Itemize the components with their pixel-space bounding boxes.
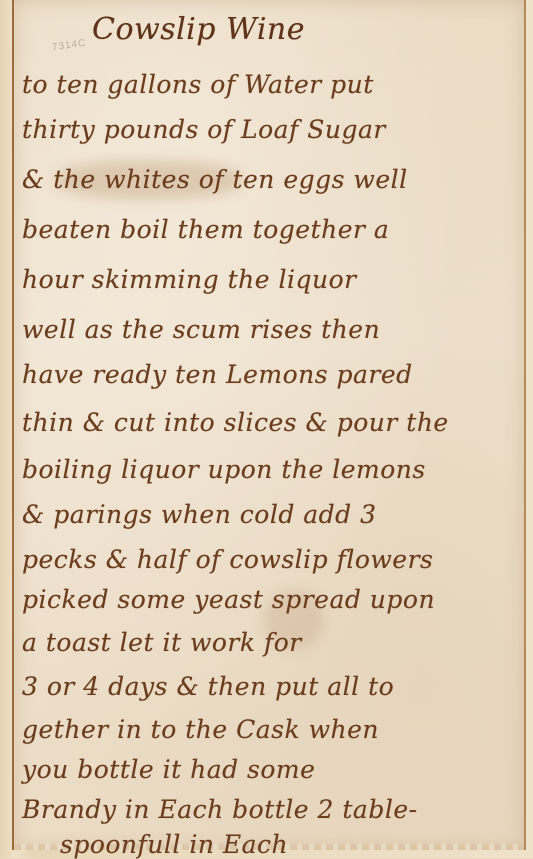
manuscript-line: thin & cut into slices & pour the xyxy=(22,408,449,437)
manuscript-line: & parings when cold add 3 xyxy=(22,500,377,529)
manuscript-text: Cowslip Wine to ten gallons of Water put… xyxy=(0,0,533,858)
manuscript-line: you bottle it had some xyxy=(22,755,315,784)
manuscript-line: to ten gallons of Water put xyxy=(22,70,374,99)
manuscript-line: picked some yeast spread upon xyxy=(22,585,435,614)
manuscript-line: boiling liquor upon the lemons xyxy=(22,455,426,484)
recipe-title: Cowslip Wine xyxy=(92,12,305,47)
manuscript-line: 3 or 4 days & then put all to xyxy=(22,672,394,701)
manuscript-line: a toast let it work for xyxy=(22,628,302,657)
manuscript-line: & the whites of ten eggs well xyxy=(22,165,408,194)
manuscript-line: pecks & half of cowslip flowers xyxy=(22,545,433,574)
manuscript-line: thirty pounds of Loaf Sugar xyxy=(22,115,386,144)
manuscript-line: Brandy in Each bottle 2 table- xyxy=(22,795,418,824)
manuscript-line: beaten boil them together a xyxy=(22,215,389,244)
manuscript-line: hour skimming the liquor xyxy=(22,265,357,294)
manuscript-line: have ready ten Lemons pared xyxy=(22,360,413,389)
manuscript-line: well as the scum rises then xyxy=(22,315,380,344)
manuscript-line: spoonfull in Each xyxy=(60,830,288,858)
manuscript-line: gether in to the Cask when xyxy=(22,715,379,744)
